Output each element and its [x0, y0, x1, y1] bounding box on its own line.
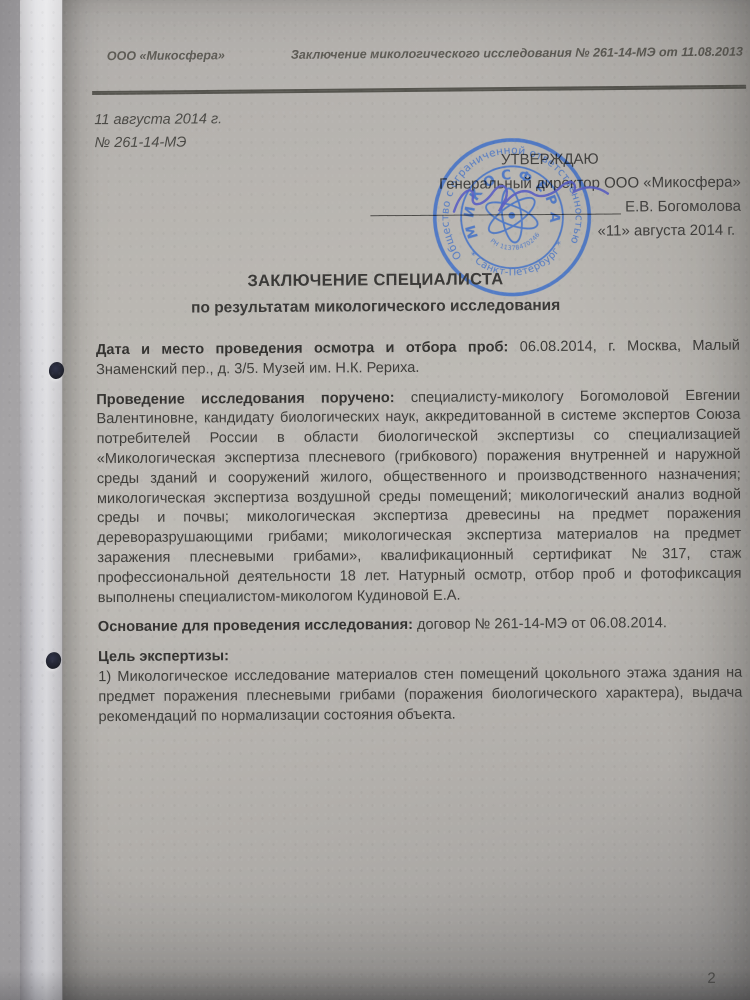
paragraph-assignment: Проведение исследования поручено: специа…	[96, 386, 742, 608]
paragraph-basis: Основание для проведения исследования: д…	[98, 614, 742, 638]
paragraph-goal-text: 1) Микологическое исследование материало…	[98, 665, 742, 725]
paragraph-assignment-label: Проведение исследования поручено:	[96, 390, 394, 408]
document-subtitle: по результатам микологического исследова…	[32, 296, 720, 319]
document-number: № 261-14-МЭ	[94, 131, 222, 155]
photo-of-document: ООО «Микосфера» Заключение микологическо…	[0, 0, 750, 1000]
page-number: 2	[707, 970, 715, 987]
paragraph-goal: Цель экспертизы:1) Микологическое исслед…	[98, 644, 743, 728]
header-report-title: Заключение микологического исследования …	[291, 45, 743, 62]
header-divider-line	[92, 85, 746, 95]
document-title-block: ЗАКЛЮЧЕНИЕ СПЕЦИАЛИСТА по результатам ми…	[31, 269, 719, 319]
header-company: ООО «Микосфера»	[107, 48, 225, 63]
paragraph-assignment-text: специалисту-микологу Богомоловой Евгении…	[96, 387, 741, 605]
running-header: ООО «Микосфера» Заключение микологическо…	[107, 45, 743, 63]
document-title: ЗАКЛЮЧЕНИЕ СПЕЦИАЛИСТА	[31, 269, 719, 293]
document-date: 11 августа 2014 г.	[94, 108, 222, 132]
page-stack-edge	[20, 0, 64, 1000]
paragraph-date-place: Дата и место проведения осмотра и отбора…	[96, 337, 740, 381]
document-meta: 11 августа 2014 г. № 261-14-МЭ	[94, 108, 222, 155]
document-content: ООО «Микосфера» Заключение микологическо…	[59, 0, 750, 1000]
paragraph-basis-label: Основание для проведения исследования:	[98, 617, 413, 635]
paragraph-date-place-label: Дата и место проведения осмотра и отбора…	[96, 339, 509, 358]
document-body: Дата и место проведения осмотра и отбора…	[96, 337, 743, 738]
paragraph-basis-text: договор № 261-14-МЭ от 06.08.2014.	[413, 616, 667, 634]
director-name: Е.В. Богомолова	[621, 198, 741, 216]
handwritten-signature-icon	[448, 175, 616, 224]
